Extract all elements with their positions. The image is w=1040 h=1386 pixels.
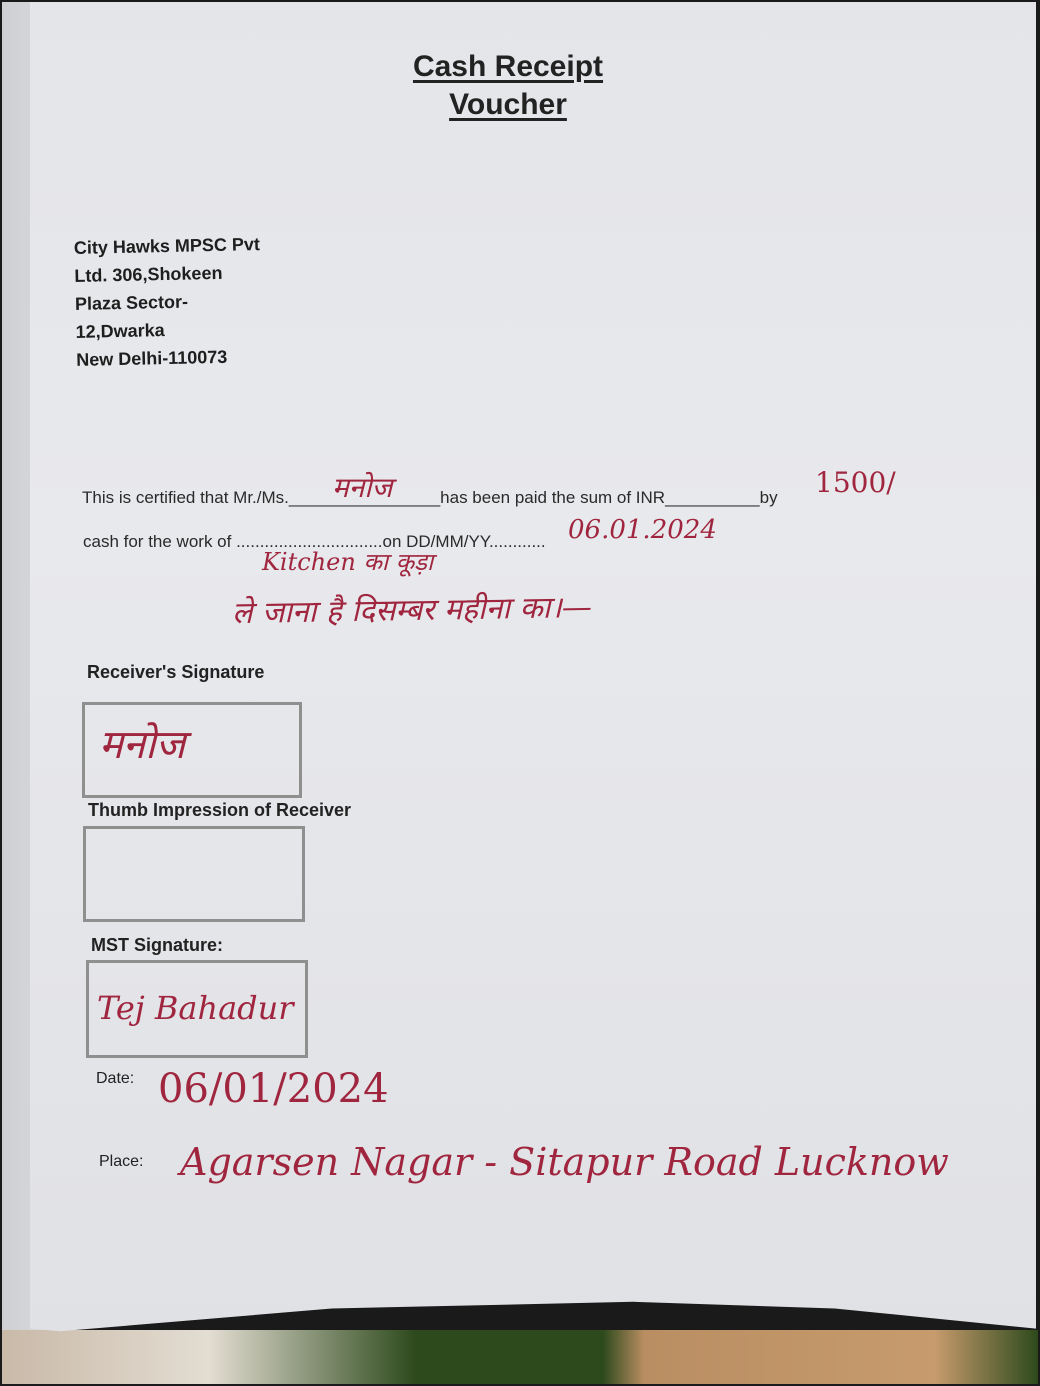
certify-line: This is certified that Mr./Ms.__________… bbox=[82, 488, 778, 508]
receiver-signature-label: Receiver's Signature bbox=[87, 662, 264, 683]
cash-for-text: cash for the work of bbox=[83, 532, 231, 551]
by-text: by bbox=[760, 488, 778, 507]
date-handwritten: 06/01/2024 bbox=[158, 1066, 389, 1112]
amount-handwritten: 1500/ bbox=[815, 466, 896, 499]
mst-signature: Tej Bahadur bbox=[97, 989, 294, 1027]
page-title: Cash Receipt Voucher bbox=[388, 48, 628, 124]
thumb-impression-box[interactable] bbox=[83, 826, 305, 922]
place-label: Place: bbox=[99, 1153, 143, 1171]
table-background bbox=[2, 1330, 1038, 1384]
receiver-signature-box[interactable]: मनोज bbox=[82, 702, 302, 798]
date-dots: ............ bbox=[489, 532, 546, 551]
work-description-line-1: Kitchen का कूड़ा bbox=[262, 545, 433, 578]
mst-signature-label: MST Signature: bbox=[91, 935, 223, 956]
certify-prefix: This is certified that Mr./Ms. bbox=[82, 488, 289, 507]
title-line-1: Cash Receipt bbox=[388, 48, 628, 86]
company-address: City Hawks MPSC Pvt Ltd. 306,Shokeen Pla… bbox=[74, 230, 263, 374]
payee-name-handwritten: मनोज bbox=[332, 468, 392, 506]
address-line: Plaza Sector- bbox=[75, 286, 262, 318]
amount-blank: __________ bbox=[665, 488, 760, 507]
paid-text: has been paid the sum of INR bbox=[440, 488, 665, 507]
mst-signature-box[interactable]: Tej Bahadur bbox=[86, 960, 308, 1058]
thumb-impression-label: Thumb Impression of Receiver bbox=[88, 800, 351, 821]
date-label: Date: bbox=[96, 1070, 134, 1088]
work-description-line-2: ले जाना है दिसम्बर महीना का।— bbox=[232, 585, 592, 632]
title-line-2: Voucher bbox=[388, 86, 628, 124]
address-line: 12,Dwarka bbox=[75, 314, 262, 346]
address-line: City Hawks MPSC Pvt bbox=[74, 230, 261, 262]
place-handwritten: Agarsen Nagar - Sitapur Road Lucknow bbox=[180, 1140, 949, 1184]
receiver-signature: मनोज bbox=[99, 715, 185, 770]
address-line: New Delhi-110073 bbox=[76, 342, 263, 374]
work-date-handwritten: 06.01.2024 bbox=[568, 515, 717, 545]
address-line: Ltd. 306,Shokeen bbox=[74, 258, 261, 290]
